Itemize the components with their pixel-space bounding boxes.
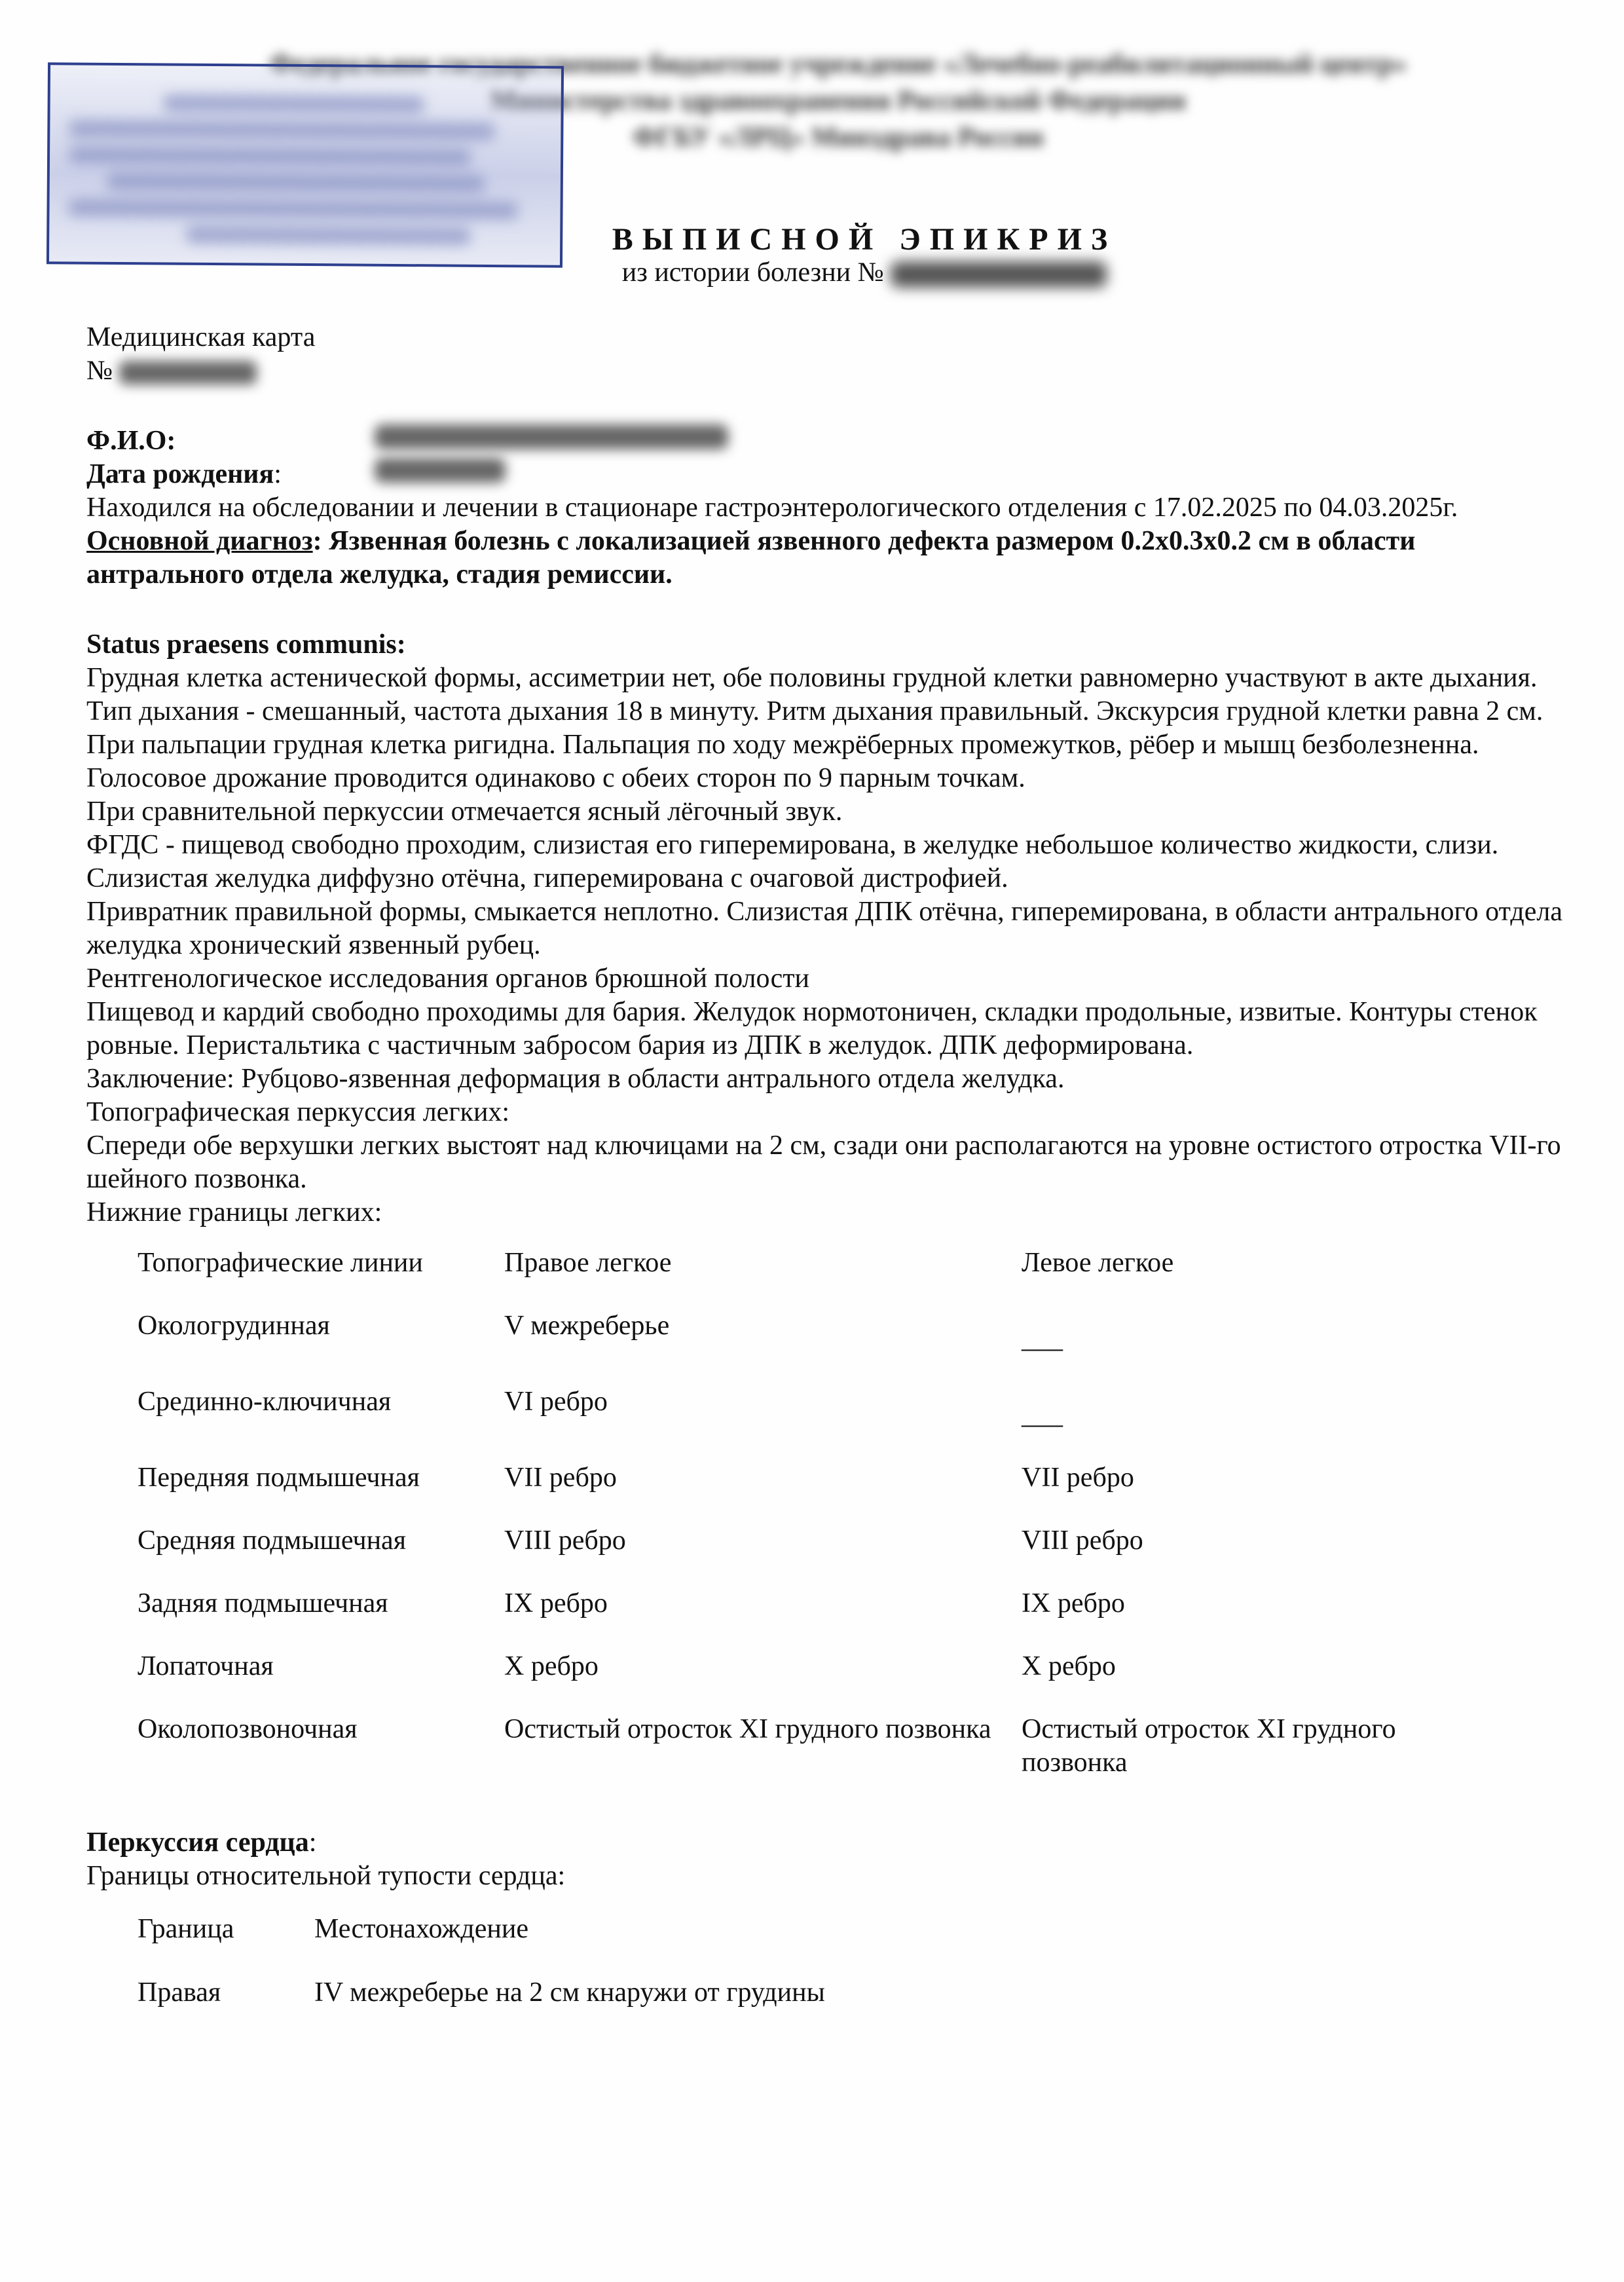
status-paragraph: Пищевод и кардий свободно проходимы для … [86, 996, 1566, 1062]
table-header-row: Граница Местонахождение [138, 1913, 825, 1976]
table-cell: ___ [1022, 1385, 1480, 1461]
header-cell: Топографические линии [138, 1246, 504, 1309]
table-cell: V межреберье [504, 1309, 1022, 1385]
heart-subheading: Границы относительной тупости сердца: [86, 1860, 1566, 1893]
status-paragraph: Нижние границы легких: [86, 1196, 1566, 1229]
header-cell: Граница [138, 1913, 314, 1976]
header-cell: Левое легкое [1022, 1246, 1480, 1309]
document-title: ВЫПИСНОЙ ЭПИКРИЗ [0, 221, 1624, 257]
table-row: Срединно-ключичная VI ребро ___ [138, 1385, 1480, 1461]
document-subtitle: из истории болезни № [0, 257, 1624, 288]
card-number-redacted [119, 361, 257, 384]
heart-heading: Перкуссия сердца: [86, 1826, 1566, 1860]
status-paragraph: При пальпации грудная клетка ригидна. Па… [86, 728, 1566, 795]
diagnosis: Основной диагноз: Язвенная болезнь с лок… [86, 525, 1566, 591]
table-row: Передняя подмышечная VII ребро VII ребро [138, 1461, 1480, 1524]
table-cell: Остистый отросток XI грудного позвонка [1022, 1713, 1480, 1809]
status-paragraph: Грудная клетка астенической формы, ассим… [86, 662, 1566, 695]
diagnosis-label: Основной диагноз [86, 526, 313, 556]
table-row: Окологрудинная V межреберье ___ [138, 1309, 1480, 1385]
table-cell: Остистый отросток XI грудного позвонка [504, 1713, 1022, 1809]
status-paragraph: Заключение: Рубцово-язвенная деформация … [86, 1062, 1566, 1096]
lung-borders-table: Топографические линии Правое легкое Лево… [138, 1246, 1480, 1809]
table-header-row: Топографические линии Правое легкое Лево… [138, 1246, 1480, 1309]
document-page: Федеральное государственное бюджетное уч… [0, 0, 1624, 2282]
fio-label: Ф.И.О: [86, 424, 375, 458]
document-body: Медицинская карта № Ф.И.О: Дата рождения… [86, 321, 1566, 2040]
table-cell: Правая [138, 1976, 314, 2040]
birth-row: Дата рождения: [86, 458, 1566, 491]
fio-redacted [375, 424, 728, 449]
table-cell: VII ребро [504, 1461, 1022, 1524]
table-cell: Окологрудинная [138, 1309, 504, 1385]
table-cell: X ребро [504, 1650, 1022, 1713]
table-cell: IX ребро [504, 1587, 1022, 1650]
table-cell: IV межреберье на 2 см кнаружи от грудины [314, 1976, 825, 2040]
status-paragraph: ФГДС - пищевод свободно проходим, слизис… [86, 829, 1566, 895]
table-cell: VII ребро [1022, 1461, 1480, 1524]
table-cell: Задняя подмышечная [138, 1587, 504, 1650]
status-paragraph: Топографическая перкуссия легких: [86, 1096, 1566, 1129]
table-cell: ___ [1022, 1309, 1480, 1385]
table-row: Средняя подмышечная VIII ребро VIII ребр… [138, 1524, 1480, 1587]
history-number-redacted [891, 261, 1107, 288]
table-cell: Лопаточная [138, 1650, 504, 1713]
stay-text: Находился на обследовании и лечении в ст… [86, 491, 1566, 525]
table-cell: X ребро [1022, 1650, 1480, 1713]
table-cell: Средняя подмышечная [138, 1524, 504, 1587]
card-number-prefix: № [86, 356, 113, 386]
header-cell: Правое легкое [504, 1246, 1022, 1309]
table-cell: Околопозвоночная [138, 1713, 504, 1809]
status-paragraph: Спереди обе верхушки легких выстоят над … [86, 1129, 1566, 1196]
table-cell: Срединно-ключичная [138, 1385, 504, 1461]
header-cell: Местонахождение [314, 1913, 825, 1976]
card-label: Медицинская карта [86, 321, 1566, 354]
table-row: Задняя подмышечная IX ребро IX ребро [138, 1587, 1480, 1650]
status-paragraph: При сравнительной перкуссии отмечается я… [86, 795, 1566, 829]
table-cell: IX ребро [1022, 1587, 1480, 1650]
birth-label: Дата рождения: [86, 458, 375, 491]
status-paragraph: Привратник правильной формы, смыкается н… [86, 895, 1566, 962]
fio-row: Ф.И.О: [86, 424, 1566, 458]
table-cell: VI ребро [504, 1385, 1022, 1461]
status-paragraph: Тип дыхания - смешанный, частота дыхания… [86, 695, 1566, 728]
heart-borders-table: Граница Местонахождение Правая IV межреб… [138, 1913, 825, 2040]
subtitle-text: из истории болезни № [622, 257, 884, 288]
table-cell: VIII ребро [1022, 1524, 1480, 1587]
status-heading: Status praesens communis: [86, 628, 1566, 662]
table-cell: VIII ребро [504, 1524, 1022, 1587]
birth-redacted [375, 458, 506, 483]
card-number-line: № [86, 354, 1566, 388]
table-row: Лопаточная X ребро X ребро [138, 1650, 1480, 1713]
table-row: Правая IV межреберье на 2 см кнаружи от … [138, 1976, 825, 2040]
table-cell: Передняя подмышечная [138, 1461, 504, 1524]
table-row: Околопозвоночная Остистый отросток XI гр… [138, 1713, 1480, 1809]
status-paragraph: Рентгенологическое исследования органов … [86, 962, 1566, 996]
